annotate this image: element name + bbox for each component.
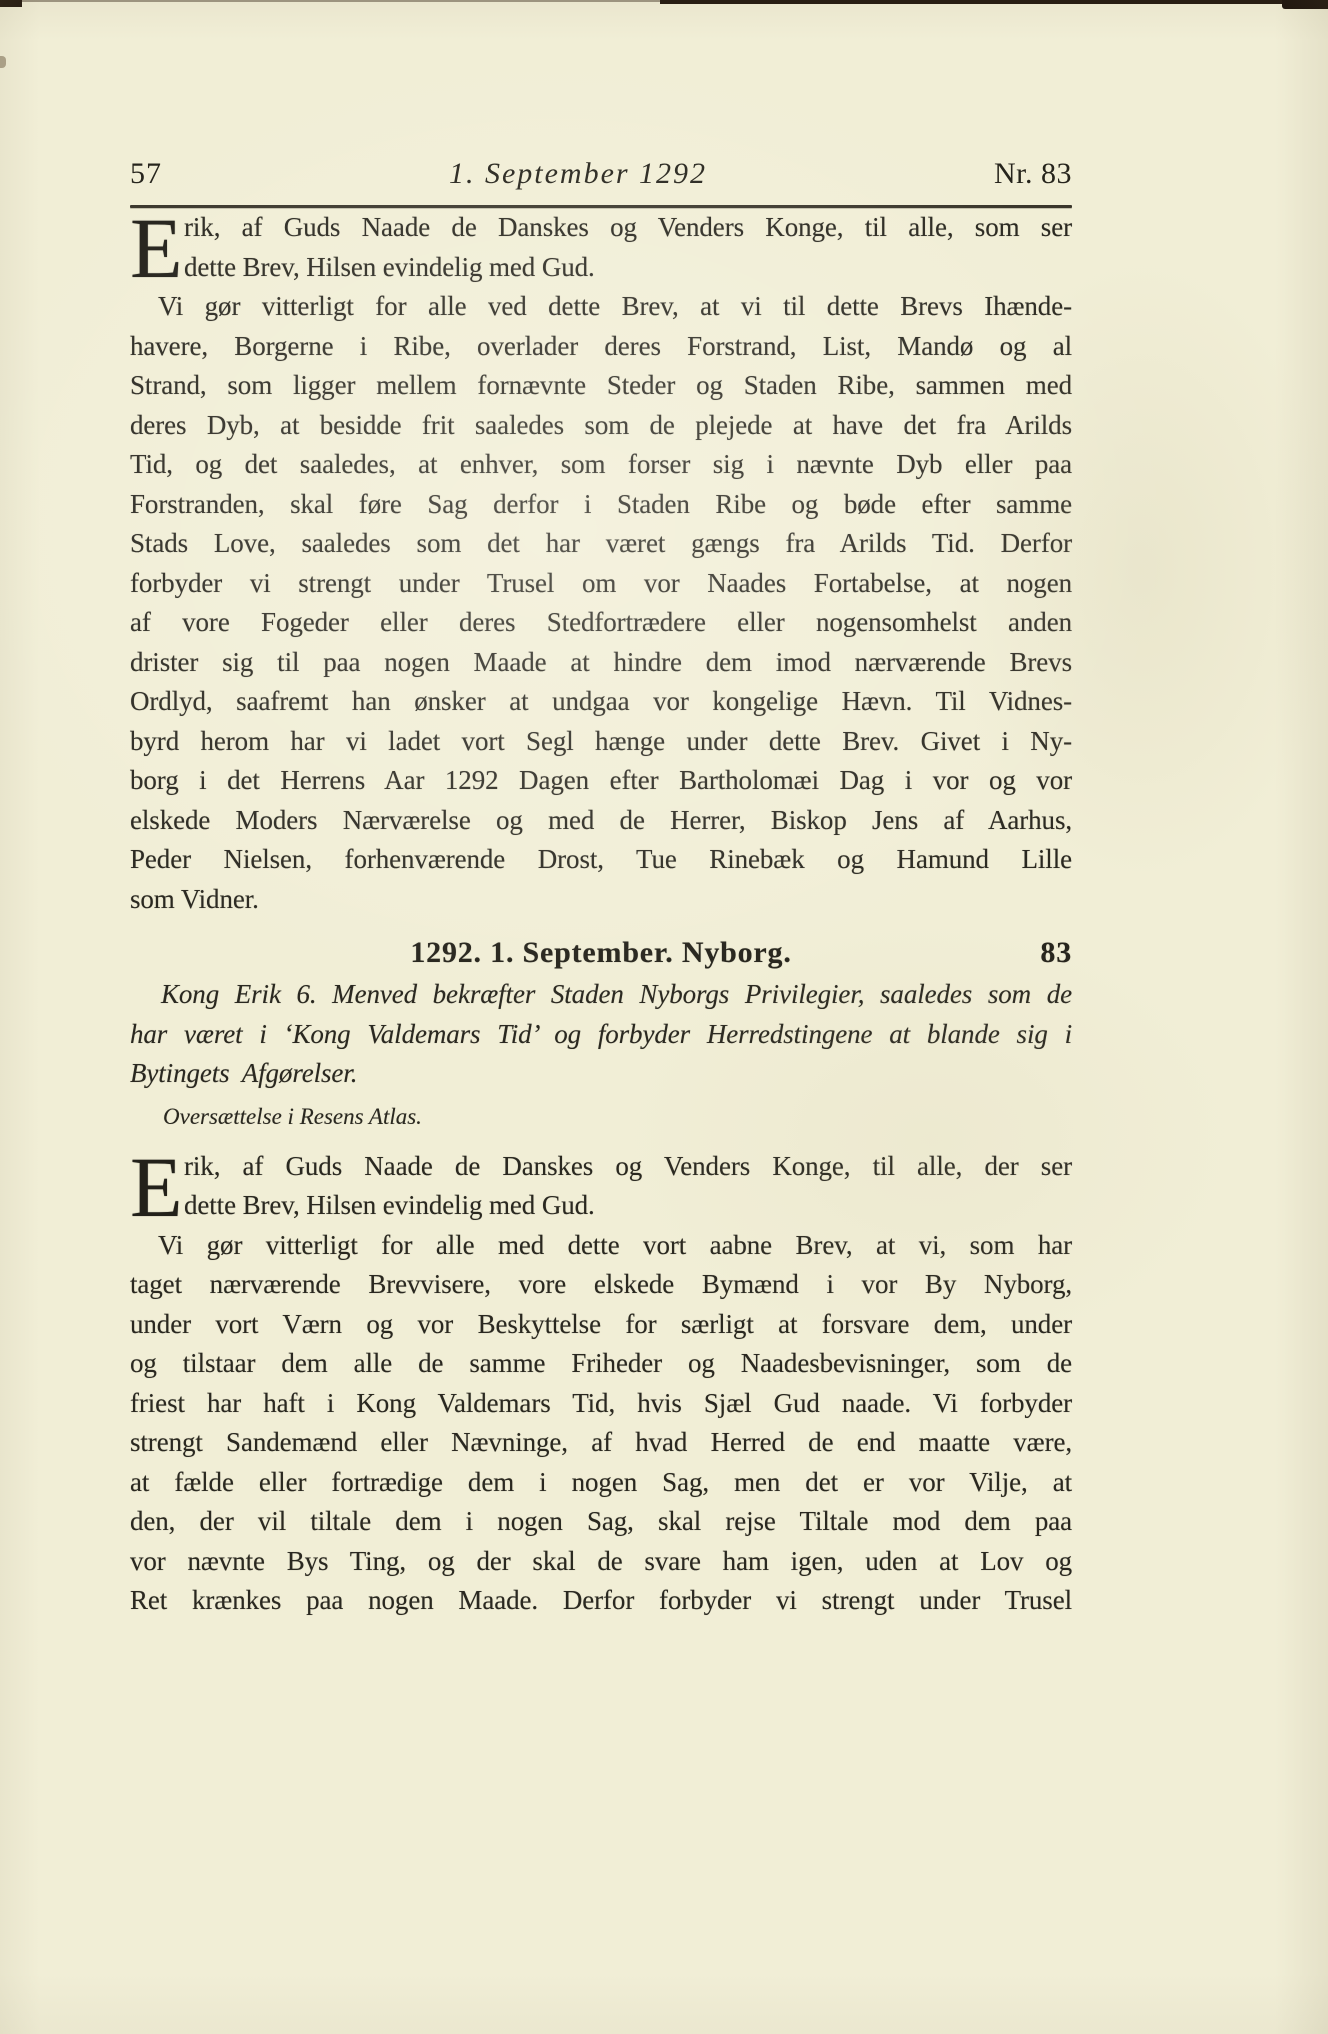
drop-cap-initial: E	[130, 213, 180, 285]
text-line: byrd herom har vi ladet vort Segl hænge …	[130, 722, 1072, 762]
entry-number: 83	[1040, 933, 1072, 973]
entry-title: 1292. 1. September. Nyborg.	[410, 936, 791, 969]
letter-document-1: E rik, af Guds Naade de Danskes og Vende…	[130, 208, 1072, 919]
letter-2-lines: rik, af Guds Naade de Danskes og Venders…	[130, 1147, 1072, 1621]
text-line: at fælde eller fortrædige dem i nogen Sa…	[130, 1463, 1072, 1503]
text-line: under vort Værn og vor Beskyttelse for s…	[130, 1305, 1072, 1345]
text-line: Vi gør vitterligt for alle ved dette Bre…	[130, 287, 1072, 327]
text-line: Peder Nielsen, forhenværende Drost, Tue …	[130, 840, 1072, 880]
text-line: af vore Fogeder eller deres Stedfortræde…	[130, 603, 1072, 643]
text-line: taget nærværende Brevvisere, vore elsked…	[130, 1265, 1072, 1305]
running-header: 57 1. September 1292 Nr. 83	[130, 156, 1072, 192]
source-note: Oversættelse i Resens Atlas.	[130, 1099, 1072, 1135]
text-line: rik, af Guds Naade de Danskes og Venders…	[130, 208, 1072, 248]
scan-edge-hairline	[0, 0, 1328, 2]
text-line: forbyder vi strengt under Trusel om vor …	[130, 564, 1072, 604]
text-line: elskede Moders Nærværelse og med de Herr…	[130, 801, 1072, 841]
text-line: drister sig til paa nogen Maade at hindr…	[130, 643, 1072, 683]
drop-cap-initial: E	[130, 1152, 180, 1224]
running-header-number: Nr. 83	[994, 156, 1072, 192]
summary-paragraph: Kong Erik 6. Menved bekræfter Staden Nyb…	[130, 975, 1072, 1094]
text-line: vor nævnte Bys Ting, og der skal de svar…	[130, 1542, 1072, 1582]
text-line: Tid, og det saaledes, at enhver, som for…	[130, 445, 1072, 485]
text-line: Stads Love, saaledes som det har været g…	[130, 524, 1072, 564]
scan-edge-top-strip	[660, 0, 1328, 4]
scan-edge-speck	[0, 56, 6, 68]
text-line: Vi gør vitterligt for alle med dette vor…	[130, 1226, 1072, 1266]
text-line: havere, Borgerne i Ribe, overlader deres…	[130, 327, 1072, 367]
text-line: Bytingets Afgørelser.	[130, 1054, 1072, 1094]
entry-heading: 1292. 1. September. Nyborg. 83	[130, 914, 1072, 973]
text-line: har været i ‘Kong Valdemars Tid’ og forb…	[130, 1015, 1072, 1055]
text-line: den, der vil tiltale dem i nogen Sag, sk…	[130, 1502, 1072, 1542]
page-content: 57 1. September 1292 Nr. 83 E rik, af Gu…	[130, 156, 1072, 1621]
summary-lines: Kong Erik 6. Menved bekræfter Staden Nyb…	[130, 975, 1072, 1094]
text-line: og tilstaar dem alle de samme Friheder o…	[130, 1344, 1072, 1384]
page-number: 57	[130, 156, 162, 192]
text-line: dette Brev, Hilsen evindelig med Gud.	[130, 248, 1072, 288]
scan-edge-top-right	[1282, 0, 1328, 9]
text-line: Ordlyd, saafremt han ønsker at undgaa vo…	[130, 682, 1072, 722]
text-line: friest har haft i Kong Valdemars Tid, hv…	[130, 1384, 1072, 1424]
text-line: strengt Sandemænd eller Nævninge, af hva…	[130, 1423, 1072, 1463]
letter-document-2: E rik, af Guds Naade de Danskes og Vende…	[130, 1147, 1072, 1621]
scan-edge-top-left	[0, 0, 22, 7]
text-line: Strand, som ligger mellem fornævnte Sted…	[130, 366, 1072, 406]
letter-1-lines: rik, af Guds Naade de Danskes og Venders…	[130, 208, 1072, 919]
text-line: dette Brev, Hilsen evindelig med Gud.	[130, 1186, 1072, 1226]
text-line: Kong Erik 6. Menved bekræfter Staden Nyb…	[130, 975, 1072, 1015]
text-line: borg i det Herrens Aar 1292 Dagen efter …	[130, 761, 1072, 801]
scanned-book-page: 57 1. September 1292 Nr. 83 E rik, af Gu…	[0, 0, 1328, 2034]
text-line: deres Dyb, at besidde frit saaledes som …	[130, 406, 1072, 446]
running-header-date: 1. September 1292	[449, 156, 707, 192]
text-line: Forstranden, skal føre Sag derfor i Stad…	[130, 485, 1072, 525]
text-line: rik, af Guds Naade de Danskes og Venders…	[130, 1147, 1072, 1187]
text-line: Ret krænkes paa nogen Maade. Derfor forb…	[130, 1581, 1072, 1621]
